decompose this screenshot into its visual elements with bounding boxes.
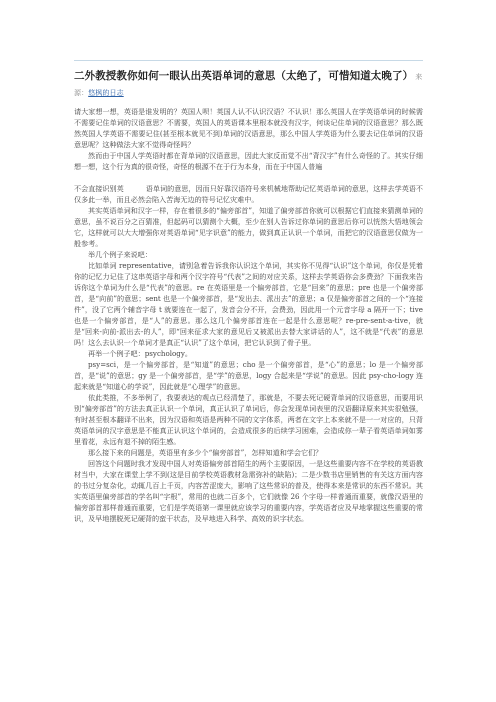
paragraph: 那么接下来的问题是，英语里有多少个“偏旁部首”，怎样知道和学会它们？	[74, 447, 423, 458]
paragraph: 再举一个例子吧：psychology。	[74, 348, 423, 359]
paragraph: 回答这个问题时我才发现中国人对英语偏旁部首陌生的两个主要原因，一是这些重要内容不…	[74, 458, 423, 524]
paragraph-fragment: 语单词的意思，因而只好靠汉语符号来机械地帮助记忆英语单词的意思，这样去学英语不仅…	[74, 184, 423, 204]
paragraph: 请大家想一想，英语是谁发明的？英国人呗！英国人认不认识汉语？不认识！那么英国人在…	[74, 106, 423, 150]
paragraph: 依此类推，不多举例了，我要表达的观点已经清楚了，那就是，不要去死记硬背单词的汉语…	[74, 392, 423, 447]
article: 二外教授教你如何一眼认出英语单词的意思（太绝了，可惜知道太晚了）来源：悠枫的日志…	[74, 60, 423, 524]
paragraph: 不会直接识别英语单词的意思，因而只好靠汉语符号来机械地帮助记忆英语单词的意思，这…	[74, 183, 423, 205]
paragraph: 然而由于中国人学英语时都在背单词的汉语意思，因此大家反而觉不出“背汉字”有什么奇…	[74, 150, 423, 172]
article-title: 二外教授教你如何一眼认出英语单词的意思（太绝了，可惜知道太晚了）	[74, 70, 413, 82]
paragraph: 其实英语单词和汉字一样，存在着很多的“偏旁部首”，知道了偏旁部首你就可以根据它们…	[74, 205, 423, 249]
paragraph: 举几个例子来说吧：	[74, 249, 423, 260]
paragraph-fragment: 不会直接识别英	[74, 184, 124, 193]
paragraph: psy=sci，是一个偏旁部首，是“知道”的意思；cho 是一个偏旁部首，是“心…	[74, 359, 423, 392]
paragraph: 比如单词 representative，请别急着告诉我你认识这个单词，其实你不见…	[74, 260, 423, 348]
top-divider	[74, 60, 423, 61]
article-body: 请大家想一想，英语是谁发明的？英国人呗！英国人认不认识汉语？不认识！那么英国人在…	[74, 106, 423, 524]
article-title-line: 二外教授教你如何一眼认出英语单词的意思（太绝了，可惜知道太晚了）来源：悠枫的日志	[74, 69, 423, 101]
source-link[interactable]: 悠枫的日志	[88, 89, 124, 97]
